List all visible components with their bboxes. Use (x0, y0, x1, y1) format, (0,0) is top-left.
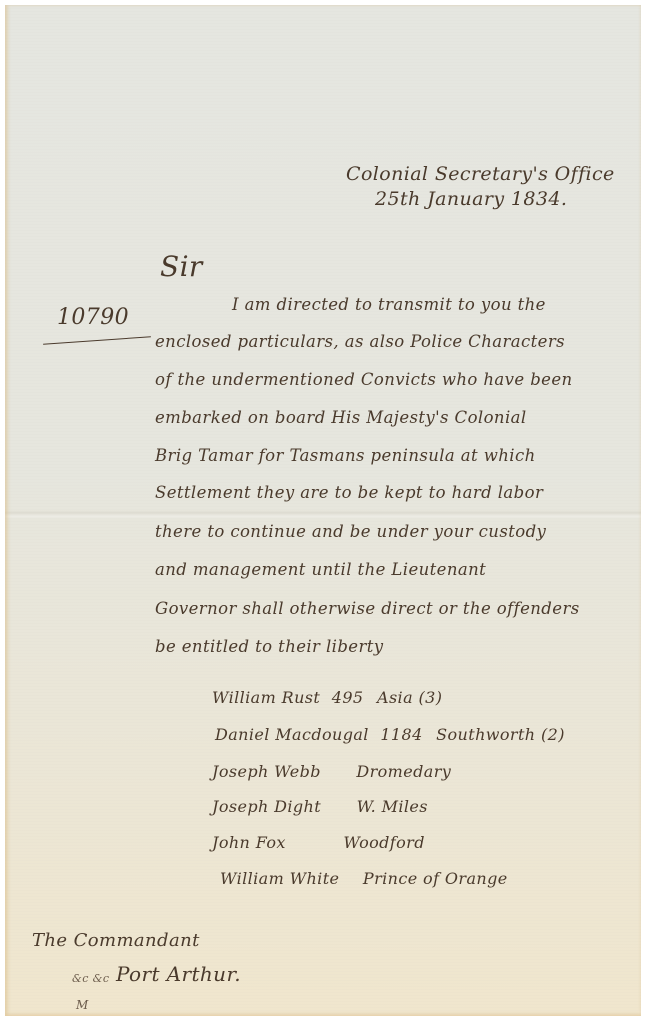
clerk-initials: M (76, 998, 89, 1012)
convict-entry: Daniel Macdougal 1184 Southworth (2) (215, 725, 565, 744)
convict-number: 1184 (380, 725, 422, 744)
convict-number: 495 (332, 688, 364, 707)
body-line: enclosed particulars, as also Police Cha… (155, 332, 565, 351)
salutation: Sir (160, 250, 203, 283)
convict-name: William Rust (212, 688, 320, 707)
letter-paper (5, 5, 641, 1016)
convict-ship: Prince of Orange (363, 869, 508, 888)
addressee-prefix-note: &c &c (72, 972, 109, 985)
convict-name: William White (220, 869, 339, 888)
body-line: Governor shall otherwise direct or the o… (155, 599, 580, 618)
convict-entry: Joseph Webb Dromedary (212, 762, 451, 781)
convict-entry: William Rust 495 Asia (3) (212, 688, 442, 707)
body-line: be entitled to their liberty (155, 637, 384, 656)
body-line: there to continue and be under your cust… (155, 522, 546, 541)
letter-date: 25th January 1834. (375, 188, 567, 210)
office-heading: Colonial Secretary's Office (346, 163, 615, 185)
convict-name: Joseph Webb (212, 762, 321, 781)
body-line: Settlement they are to be kept to hard l… (155, 483, 543, 502)
convict-name: Joseph Dight (212, 797, 321, 816)
body-line: I am directed to transmit to you the (232, 295, 546, 314)
body-line: Brig Tamar for Tasmans peninsula at whic… (155, 446, 536, 465)
convict-ship: W. Miles (357, 797, 428, 816)
convict-ship: Woodford (343, 833, 425, 852)
convict-entry: John Fox Woodford (212, 833, 425, 852)
body-line: and management until the Lieutenant (155, 560, 486, 579)
body-line: embarked on board His Majesty's Colonial (155, 408, 527, 427)
convict-entry: Joseph Dight W. Miles (212, 797, 428, 816)
convict-ship: Asia (3) (377, 688, 442, 707)
convict-ship: Dromedary (356, 762, 451, 781)
convict-entry: William White Prince of Orange (220, 869, 508, 888)
addressee-location: Port Arthur. (116, 962, 241, 986)
convict-name: John Fox (212, 833, 286, 852)
reference-number: 10790 (57, 305, 129, 330)
body-line: of the undermentioned Convicts who have … (155, 370, 573, 389)
convict-ship: Southworth (2) (436, 725, 565, 744)
addressee-title: The Commandant (32, 930, 200, 951)
convict-name: Daniel Macdougal (215, 725, 369, 744)
